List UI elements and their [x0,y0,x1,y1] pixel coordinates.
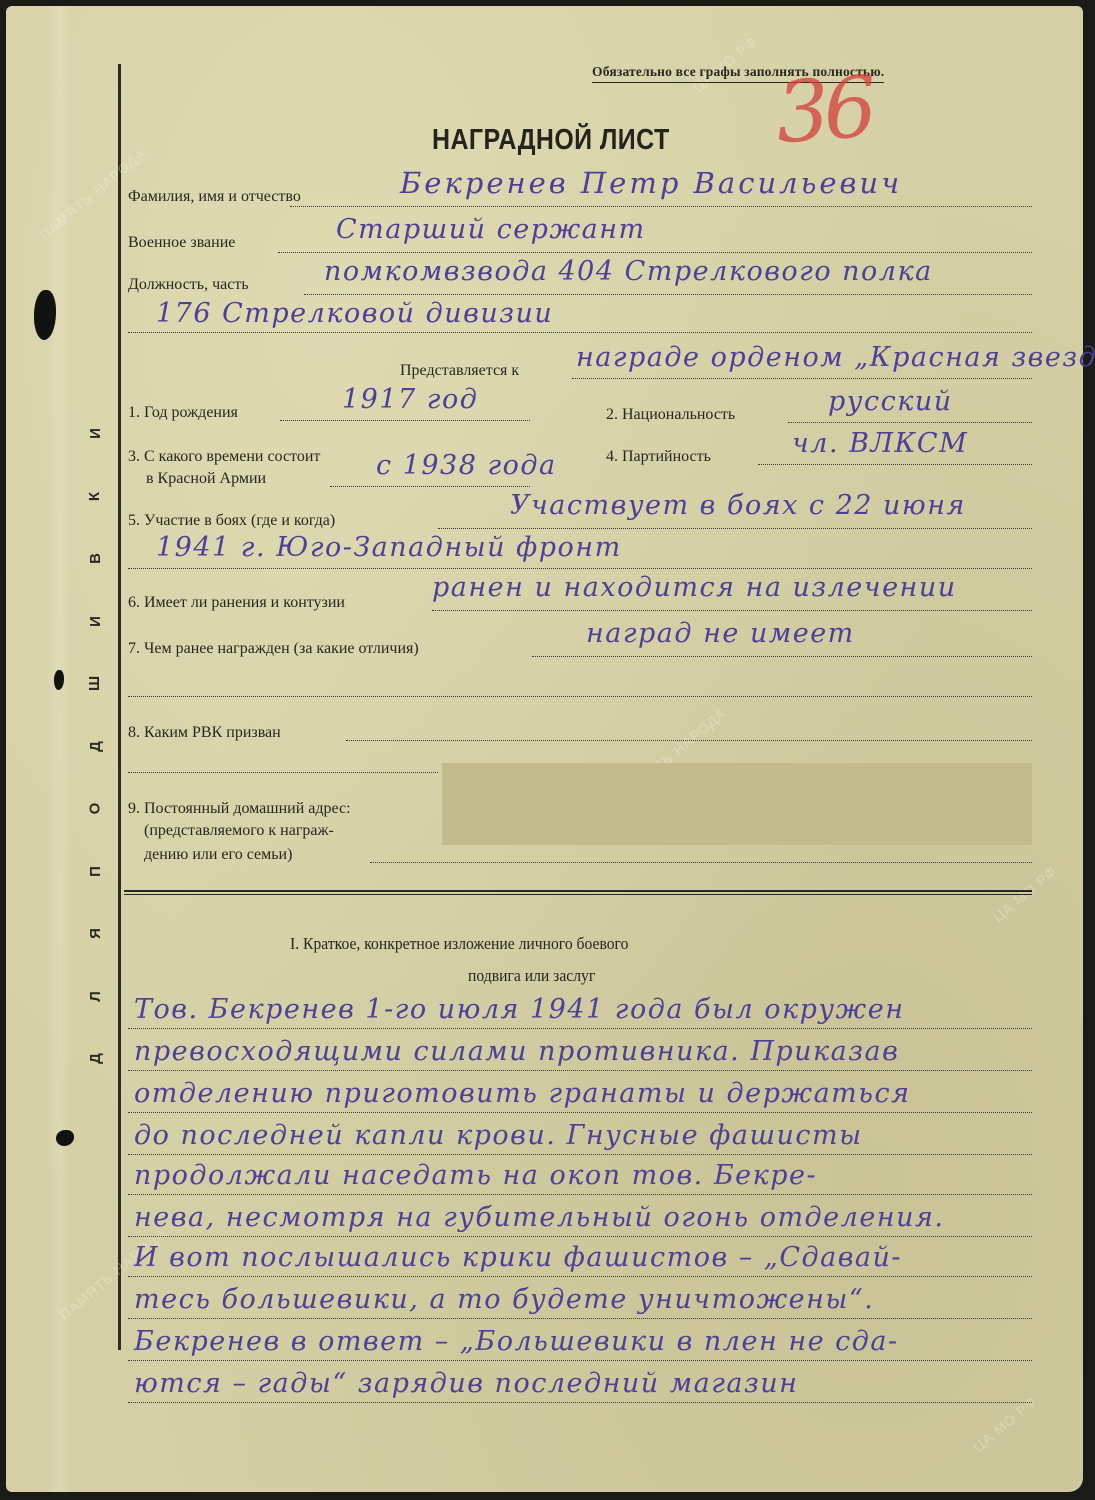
prev-awards-value: наград не имеет [586,618,855,649]
fio-dotted-line [290,206,1032,207]
binding-letter: К [88,491,103,500]
position-label: Должность, часть [128,276,249,294]
narrative-line: Бекренев в ответ – „Большевики в плен не… [134,1326,899,1357]
redacted-address-block [442,763,1032,845]
narrative-line: И вот послышались крики фашистов – „Сдав… [134,1242,902,1273]
wounds-label: 6. Имеет ли ранения и контузии [128,594,345,612]
battles-value-line-2: 1941 г. Юго-Западный фронт [156,532,622,563]
fio-value: Бекренев Петр Васильевич [400,166,902,200]
party-value: чл. ВЛКСМ [792,428,968,459]
birth-year-dotted-line [280,420,530,421]
prev-awards-dotted-line-2 [128,696,1032,697]
battles-value-line-1: Участвует в боях с 22 июня [510,490,966,521]
binding-letter: Д [88,741,103,752]
narrative-dotted-line [128,1154,1032,1155]
nationality-label: 2. Национальность [606,406,735,424]
binding-letter: И [88,616,103,627]
binding-margin-line-top [118,64,121,484]
narrative-dotted-line [128,1070,1032,1071]
page-number-red-pencil: 36 [773,65,874,155]
narrative-line: Тов. Бекренев 1-го июля 1941 года был ок… [134,994,905,1025]
binding-letter: Ш [87,676,102,691]
binding-letter: О [87,803,102,815]
narrative-dotted-line [128,1360,1032,1361]
binding-letter: Я [88,928,103,939]
award-label: Представляется к [400,362,519,380]
narrative-line: отделению приготовить гранаты и держатьс… [134,1078,910,1109]
narrative-dotted-line [128,1318,1032,1319]
narrative-dotted-line [128,1276,1032,1277]
award-sheet-paper: Д Л Я П О Д Ш И В К И ЦА МО РФ ПАМЯТЬ НА… [6,6,1083,1492]
narrative-dotted-line [128,1236,1032,1237]
section-divider [124,890,1032,892]
rvk-label: 8. Каким РВК призван [128,724,281,742]
binding-letter: Д [88,1053,103,1064]
position-dotted-line-2 [128,332,1032,333]
binding-letter: В [88,553,103,564]
army-since-label-line-1: 3. С какого времени состоит [128,448,320,466]
nationality-value: русский [828,386,953,417]
position-dotted-line-1 [304,294,1032,295]
section-1-heading-line-2: подвига или заслуг [468,966,595,986]
binding-letter: Л [88,991,103,1002]
position-value-line-2: 176 Стрелковой дивизии [156,298,553,329]
rank-dotted-line [278,252,1032,253]
address-dotted-line [370,862,1032,863]
birth-year-label: 1. Год рождения [128,404,238,422]
binding-letter: И [88,428,103,439]
battles-label: 5. Участие в боях (где и когда) [128,512,335,530]
wounds-value: ранен и находится на излечении [432,572,957,603]
battles-dotted-line-2 [128,568,1032,569]
narrative-line: продолжали наседать на окоп тов. Бекре- [134,1160,817,1191]
address-label-line-3: дению или его семьи) [144,846,292,864]
party-label: 4. Партийность [606,448,711,466]
position-value-line-1: помкомвзвода 404 Стрелкового полка [324,256,933,287]
binding-margin-line-bottom [118,484,121,1350]
army-since-dotted-line [330,486,530,487]
narrative-dotted-line [128,1402,1032,1403]
narrative-dotted-line [128,1112,1032,1113]
document-title: НАГРАДНОЙ ЛИСТ [432,124,670,157]
narrative-line: тесь большевики, а то будете уничтожены“… [134,1284,874,1315]
army-since-label-line-2: в Красной Армии [146,470,266,488]
fio-label: Фамилия, имя и отчество [128,188,301,206]
birth-year-value: 1917 год [342,384,478,415]
narrative-line: до последней капли крови. Гнусные фашист… [134,1120,863,1151]
wounds-dotted-line [432,610,1032,611]
address-label-line-2: (представляемого к награж- [144,822,334,840]
party-dotted-line [758,464,1032,465]
nationality-dotted-line [788,422,1032,423]
narrative-dotted-line [128,1028,1032,1029]
army-since-value: с 1938 года [376,450,557,481]
narrative-dotted-line [128,1194,1032,1195]
prev-awards-dotted-line-1 [532,656,1032,657]
rank-label: Военное звание [128,234,235,252]
rvk-dotted-line-2 [128,772,438,773]
address-label-line-1: 9. Постоянный домашний адрес: [128,800,351,818]
narrative-line: превосходящими силами противника. Приказ… [134,1036,899,1067]
award-value: награде орденом „Красная звезда“ [576,342,1095,373]
battles-dotted-line-1 [438,528,1032,529]
section-divider-thin [124,894,1032,895]
binding-label-vertical: Д Л Я П О Д Ш И В К И [84,426,106,1066]
binding-letter: П [88,866,103,877]
section-1-heading-line-1: I. Краткое, конкретное изложение личного… [290,934,628,954]
rvk-dotted-line-1 [346,740,1032,741]
rank-value: Старший сержант [336,214,646,245]
prev-awards-label: 7. Чем ранее награжден (за какие отличия… [128,640,419,658]
award-dotted-line [572,378,1032,379]
narrative-line: нева, несмотря на губительный огонь отде… [134,1202,944,1233]
narrative-line: ются – гады“ зарядив последний магазин [134,1368,798,1399]
